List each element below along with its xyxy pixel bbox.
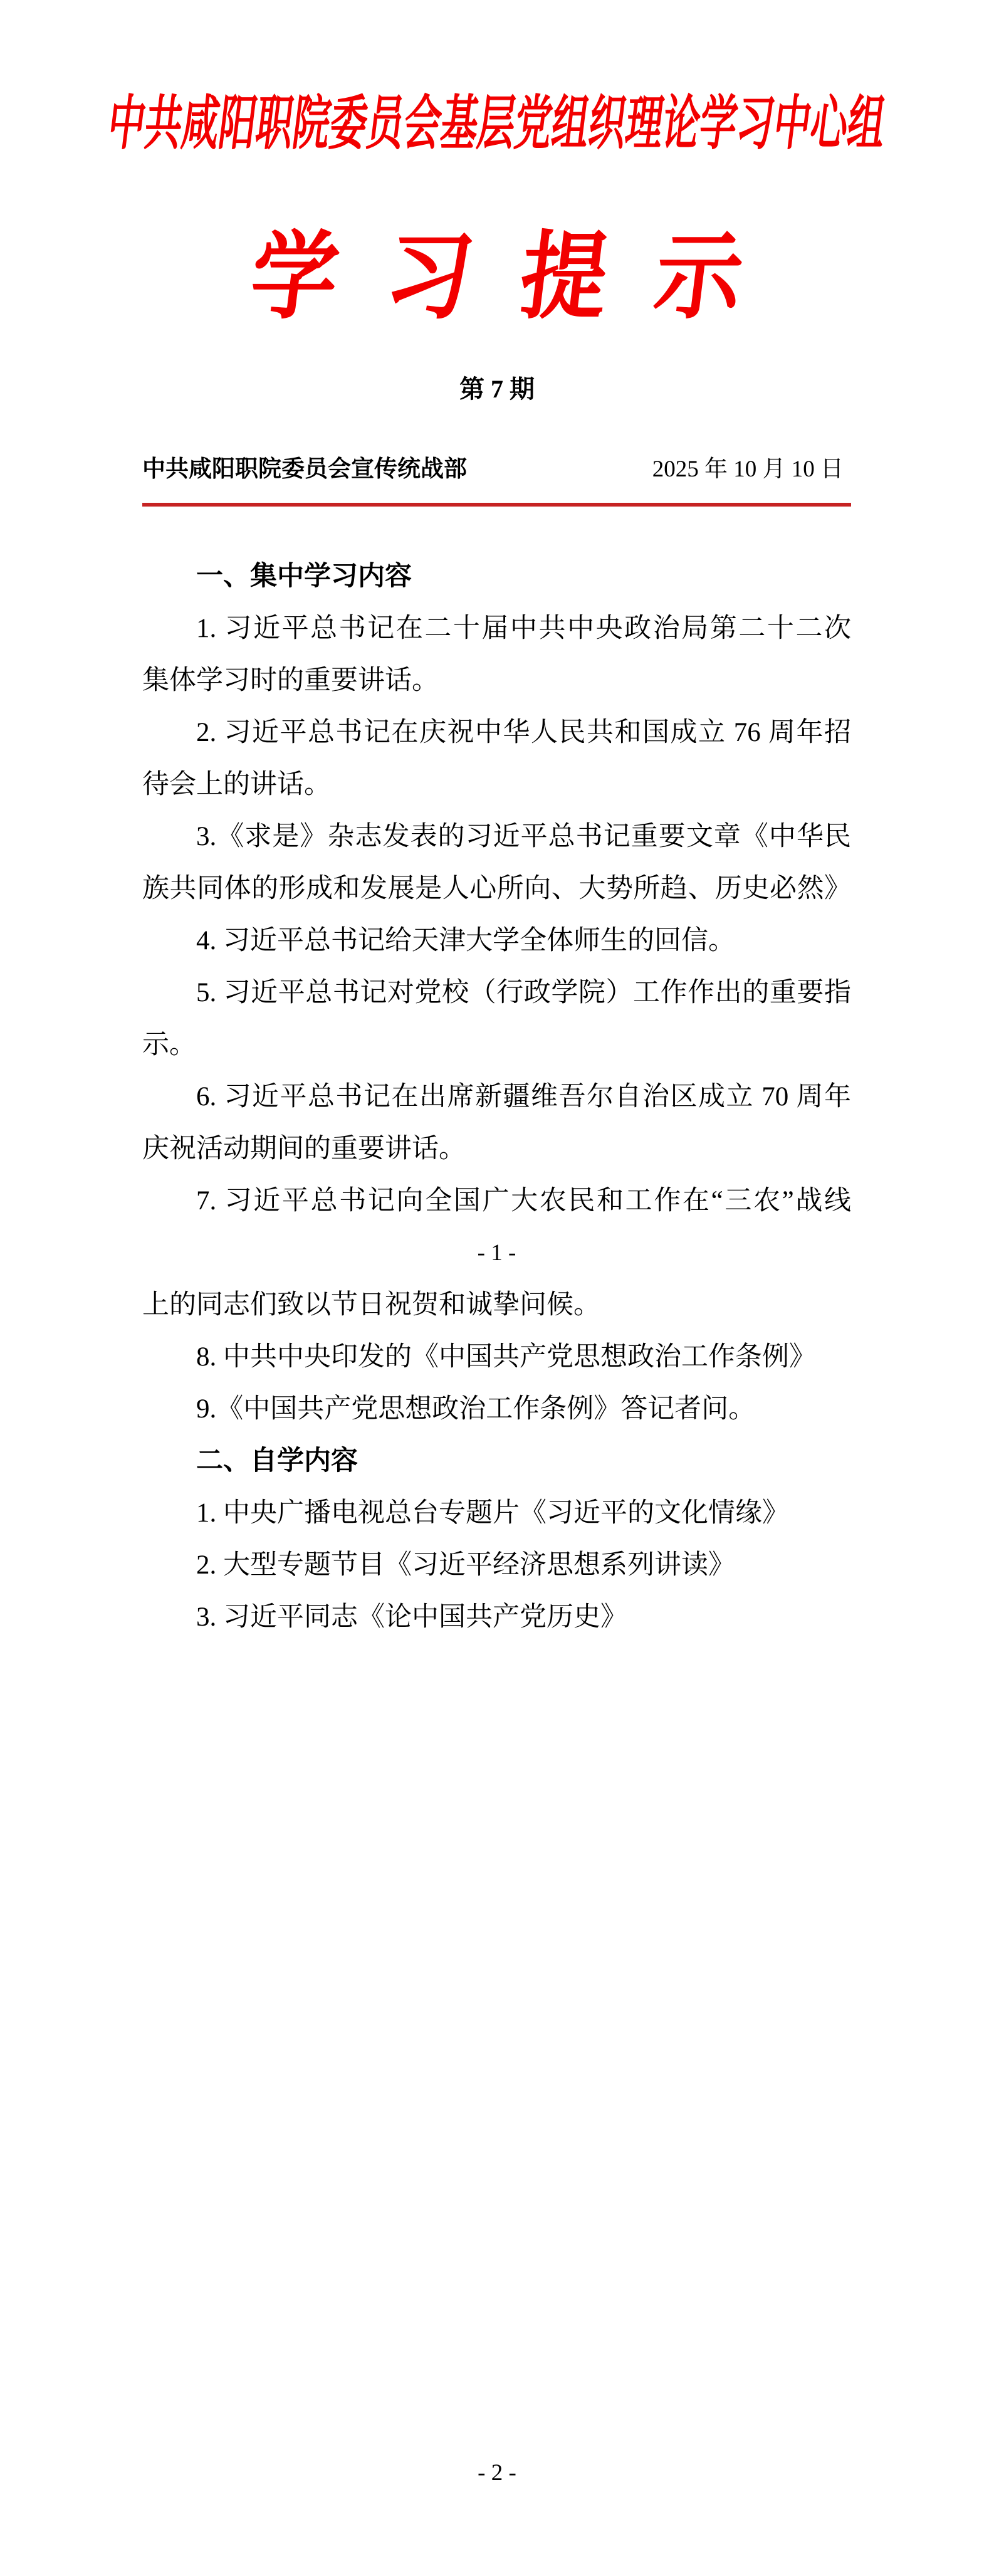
body-line: 示。 [142,1019,851,1071]
body-line: 3. 习近平同志《论中国共产党历史》 [142,1591,851,1643]
body-line: 待会上的讲话。 [142,759,851,811]
doc-title-text: 学习提示 [245,226,797,330]
body-line: 一、集中学习内容 [142,550,851,602]
red-divider-rule [142,503,851,507]
body-line: 集体学习时的重要讲话。 [142,655,851,707]
page-1-marker: - 1 - [142,1227,851,1279]
body-line: 庆祝活动期间的重要讲话。 [142,1123,851,1175]
byline-row: 中共咸阳职院委员会宣传统战部 2025 年 10 月 10 日 [142,449,851,484]
body-line: 7. 习近平总书记向全国广大农民和工作在“三农”战线 [142,1175,851,1227]
document-body: 一、集中学习内容1. 习近平总书记在二十届中共中央政治局第二十二次集体学习时的重… [142,550,851,1643]
body-line: 6. 习近平总书记在出席新疆维吾尔自治区成立 70 周年 [142,1071,851,1123]
body-line: 上的同志们致以节日祝贺和诚挚问候。 [142,1279,851,1331]
issue-number: 第 7 期 [0,375,994,404]
body-line: 9.《中国共产党思想政治工作条例》答记者问。 [142,1383,851,1435]
body-line: 1. 中央广播电视总台专题片《习近平的文化情缘》 [142,1487,851,1539]
doc-title: 学习提示 [0,231,994,325]
body-line: 8. 中共中央印发的《中国共产党思想政治工作条例》 [142,1331,851,1383]
page-2-marker: - 2 - [0,2459,994,2488]
issuing-department: 中共咸阳职院委员会宣传统战部 [142,449,467,483]
org-title-banner: 中共咸阳职院委员会基层党组织理论学习中心组 [0,94,994,153]
body-line: 二、自学内容 [142,1435,851,1487]
document-page: 中共咸阳职院委员会基层党组织理论学习中心组 学习提示 第 7 期 中共咸阳职院委… [0,0,994,2576]
body-line: 1. 习近平总书记在二十届中共中央政治局第二十二次 [142,602,851,655]
body-line: 3.《求是》杂志发表的习近平总书记重要文章《中华民 [142,811,851,863]
body-line: 4. 习近平总书记给天津大学全体师生的回信。 [142,915,851,967]
body-line: 族共同体的形成和发展是人心所向、大势所趋、历史必然》 [142,863,851,915]
body-line: 2. 习近平总书记在庆祝中华人民共和国成立 76 周年招 [142,707,851,759]
issue-date: 2025 年 10 月 10 日 [652,449,851,483]
org-title-text: 中共咸阳职院委员会基层党组织理论学习中心组 [103,76,891,171]
body-line: 5. 习近平总书记对党校（行政学院）工作作出的重要指 [142,967,851,1019]
body-line: 2. 大型专题节目《习近平经济思想系列讲读》 [142,1539,851,1591]
